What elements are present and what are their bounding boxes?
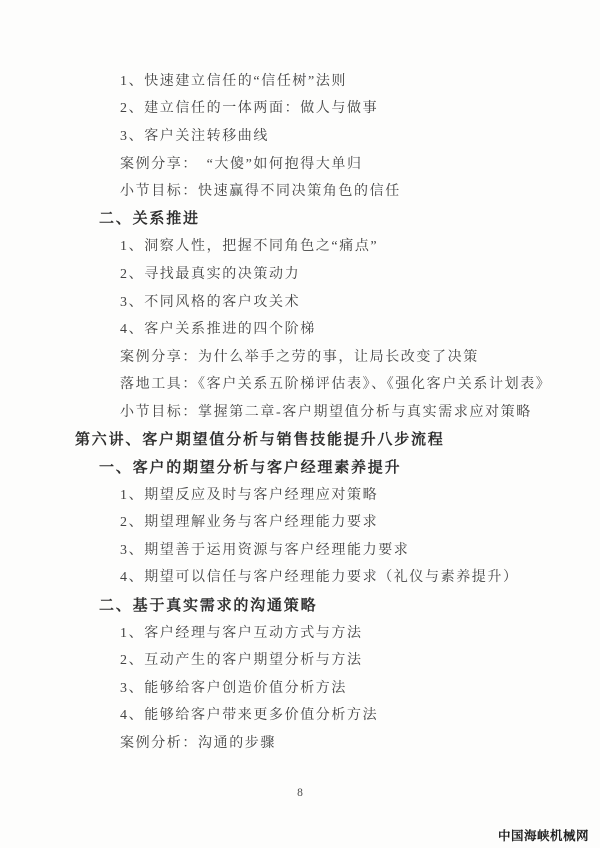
outline-line: 2、期望理解业务与客户经理能力要求: [0, 508, 600, 536]
outline-line: 3、期望善于运用资源与客户经理能力要求: [0, 535, 600, 563]
outline-line-case-analysis: 案例分析：沟通的步骤: [0, 728, 600, 756]
document-page: 1、快速建立信任的“信任树”法则 2、建立信任的一体两面：做人与做事 3、客户关…: [0, 0, 600, 848]
watermark-text: 中国海峡机械网: [498, 826, 589, 844]
outline-line: 3、不同风格的客户攻关术: [0, 287, 600, 315]
course-outline: 1、快速建立信任的“信任树”法则 2、建立信任的一体两面：做人与做事 3、客户关…: [0, 66, 600, 756]
outline-section-heading: 二、基于真实需求的沟通策略: [0, 590, 600, 618]
outline-line: 3、能够给客户创造价值分析方法: [0, 673, 600, 701]
outline-line: 4、能够给客户带来更多价值分析方法: [0, 701, 600, 729]
outline-line: 2、建立信任的一体两面：做人与做事: [0, 94, 600, 122]
outline-line-case-share: 案例分享： “大傻”如何抱得大单归: [0, 149, 600, 177]
outline-section-heading: 一、客户的期望分析与客户经理素养提升: [0, 452, 600, 480]
outline-line: 4、客户关系推进的四个阶梯: [0, 314, 600, 342]
outline-line-section-goal: 小节目标：快速赢得不同决策角色的信任: [0, 176, 600, 204]
outline-line: 1、客户经理与客户互动方式与方法: [0, 618, 600, 646]
outline-line: 1、快速建立信任的“信任树”法则: [0, 66, 600, 94]
outline-line: 3、客户关注转移曲线: [0, 121, 600, 149]
outline-section-heading: 二、关系推进: [0, 204, 600, 232]
outline-line-section-goal: 小节目标：掌握第二章-客户期望值分析与真实需求应对策略: [0, 397, 600, 425]
outline-line: 1、洞察人性，把握不同角色之“痛点”: [0, 232, 600, 260]
outline-line-tools: 落地工具：《客户关系五阶梯评估表》、《强化客户关系计划表》: [0, 370, 600, 398]
page-number: 8: [0, 787, 600, 799]
outline-line: 4、期望可以信任与客户经理能力要求（礼仪与素养提升）: [0, 563, 600, 591]
outline-line: 1、期望反应及时与客户经理应对策略: [0, 480, 600, 508]
outline-line-case-share: 案例分享：为什么举手之劳的事，让局长改变了决策: [0, 342, 600, 370]
outline-line: 2、寻找最真实的决策动力: [0, 259, 600, 287]
outline-chapter-heading: 第六讲、客户期望值分析与销售技能提升八步流程: [0, 425, 600, 453]
outline-line: 2、互动产生的客户期望分析与方法: [0, 645, 600, 673]
